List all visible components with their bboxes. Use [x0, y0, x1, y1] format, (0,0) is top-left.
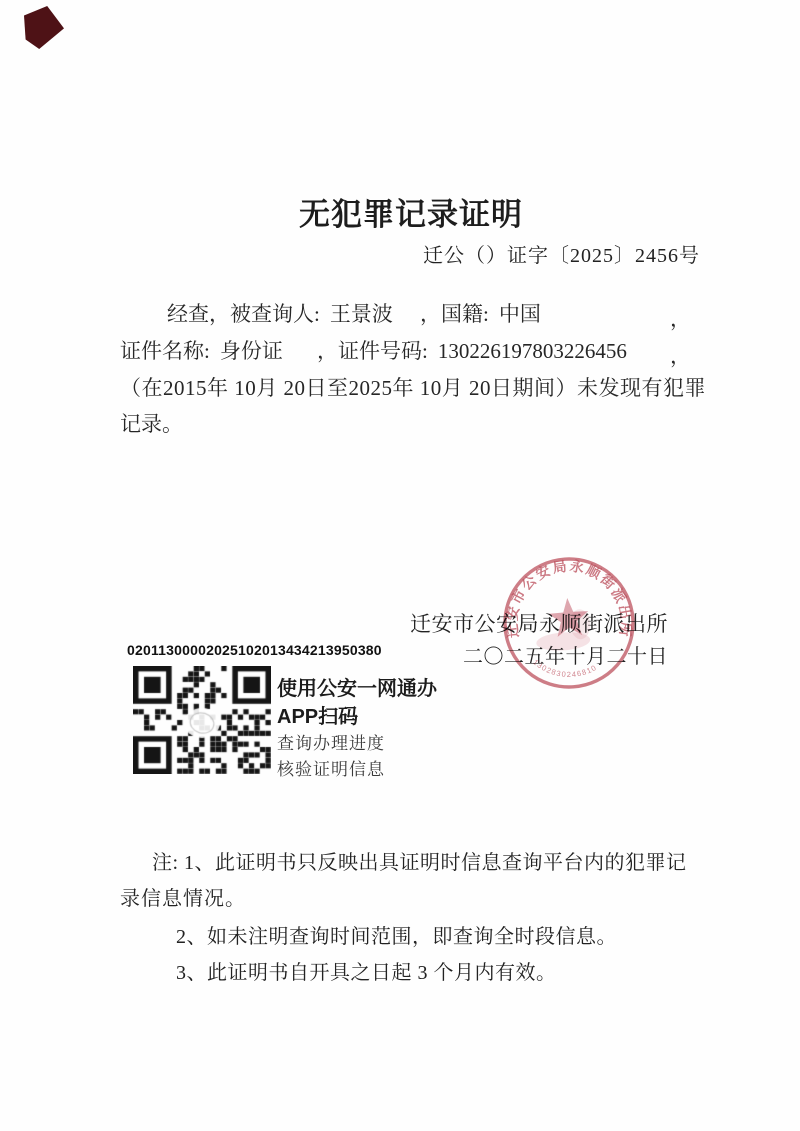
official-stamp: 迁安市公安局永顺街派出所 1302830246810	[499, 553, 639, 693]
certificate-title: 无犯罪记录证明	[0, 189, 800, 234]
note-line-4: 3、此证明书自开具之日起 3 个月内有效。	[176, 956, 557, 985]
id-number-value: 130226197803226456	[438, 339, 627, 364]
queried-person-name: 王景波	[330, 298, 393, 328]
body-line-1: 经查，被查询人:王景波 ，国籍:中国 ，	[120, 298, 700, 328]
label-text: ，证件号码:	[317, 339, 428, 363]
label-text: ，国籍:	[420, 302, 489, 326]
body-line-2: 证件名称:身份证 ，证件号码:130226197803226456 ，	[120, 335, 700, 365]
qr-caption-small-1: 查询办理进度	[277, 729, 385, 754]
queried-person-label: 经查，被查询人:王景波	[167, 298, 393, 328]
label-text: 经查，被查询人:	[167, 302, 320, 326]
qr-serial-number: 02011300002025102013434213950380	[127, 642, 382, 658]
qr-code	[133, 666, 271, 774]
note-line-3: 2、如未注明查询时间范围，即查询全时段信息。	[176, 920, 617, 949]
line1-trailing-comma: ，	[670, 303, 691, 333]
nationality-label: ，国籍:中国	[420, 298, 541, 328]
body-line-4: 记录。	[120, 408, 700, 438]
certificate-page: 无犯罪记录证明 迁公（）证字〔2025〕2456号 经查，被查询人:王景波 ，国…	[0, 0, 800, 1131]
stamp-code-digits: 1302830246810	[531, 653, 599, 681]
scan-corner-artifact	[24, 6, 64, 49]
note-line-1: 注: 1、此证明书只反映出具证明时信息查询平台内的犯罪记	[152, 846, 687, 875]
qr-caption-small-2: 核验证明信息	[277, 755, 385, 780]
body-line-3: （在2015年 10月 20日至2025年 10月 20日期间）未发现有犯罪	[120, 372, 700, 402]
nationality-value: 中国	[499, 298, 541, 328]
line2-trailing-comma: ，	[670, 340, 691, 370]
id-type-value: 身份证	[220, 335, 283, 365]
svg-text:1302830246810: 1302830246810	[531, 653, 599, 681]
label-text: 证件名称:	[120, 339, 210, 363]
qr-caption-bold-2: APP扫码	[277, 700, 358, 729]
id-type-label: 证件名称:身份证	[120, 335, 283, 365]
id-number-label: ，证件号码:130226197803226456	[317, 335, 627, 365]
note-line-2: 录信息情况。	[120, 882, 246, 911]
qr-caption-bold-1: 使用公安一网通办	[277, 672, 437, 701]
document-number: 迁公（）证字〔2025〕2456号	[423, 239, 700, 268]
